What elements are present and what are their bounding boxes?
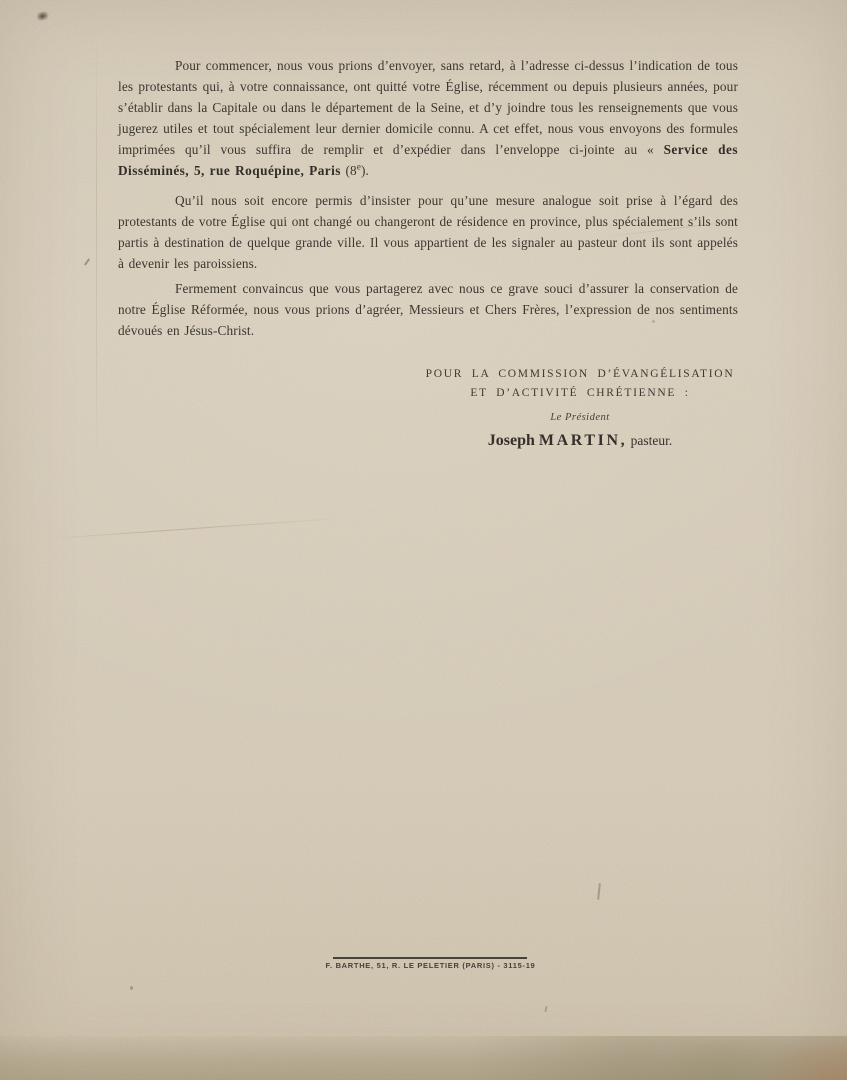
signature-block: POUR LA COMMISSION D’ÉVANGÉLISATION ET D… (380, 368, 780, 450)
printer-imprint: F. BARTHE, 51, R. LE PELETIER (PARIS) - … (326, 961, 536, 970)
president-label: Le Président (380, 412, 780, 423)
arrondissement-close: ). (361, 163, 369, 178)
paragraph-closing-salutation: Fermement convaincus que vous partagerez… (118, 278, 738, 341)
paper-speck (130, 986, 133, 990)
commission-line-2: ET D’ACTIVITÉ CHRÉTIENNE : (380, 387, 780, 399)
printer-footer: F. BARTHE, 51, R. LE PELETIER (PARIS) - … (0, 955, 847, 973)
paragraph-send-list: Pour commencer, nous vous prions d’envoy… (118, 55, 738, 181)
horizontal-crease (45, 518, 344, 540)
commission-line-1: POUR LA COMMISSION D’ÉVANGÉLISATION (380, 368, 780, 380)
letter-page: Pour commencer, nous vous prions d’envoy… (0, 0, 847, 1080)
signatory-last-name: MARTIN, (539, 432, 627, 449)
vertical-crease (96, 40, 97, 470)
signatory-first-name: Joseph (488, 432, 539, 449)
paragraph-province-measure: Qu’il nous soit encore permis d’insister… (118, 190, 738, 274)
signatory-line: Joseph MARTIN, pasteur. (380, 432, 780, 450)
arrondissement-open: (8 (341, 163, 357, 178)
signatory-title: pasteur. (627, 433, 672, 448)
letter-body: Pour commencer, nous vous prions d’envoy… (118, 55, 738, 350)
paper-speck (544, 1006, 547, 1012)
pencil-stroke-mark (597, 883, 601, 900)
paper-speck (84, 258, 90, 266)
footer-rule (333, 957, 527, 959)
bottom-edge-discoloration (0, 1036, 847, 1080)
printer-imprint-group: F. BARTHE, 51, R. LE PELETIER (PARIS) - … (326, 957, 536, 970)
ink-smudge-top-left (36, 10, 50, 22)
corner-stain-tan (762, 1035, 847, 1080)
paragraph-1-text: Pour commencer, nous vous prions d’envoy… (118, 58, 738, 157)
corner-stain-olive (659, 1040, 789, 1080)
